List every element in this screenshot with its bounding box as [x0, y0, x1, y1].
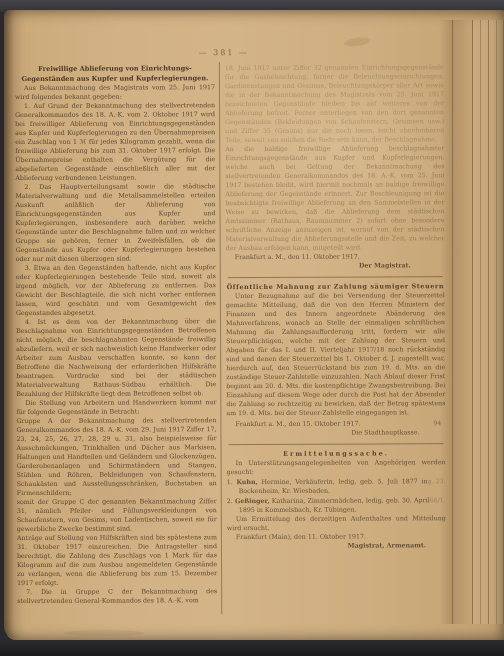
right-column: 18. Juni 1917 unter Ziffer 32 genannten …: [225, 63, 446, 551]
left-column: Freiwillige Ablieferung von Einrichtungs…: [15, 64, 217, 606]
notice-paragraph: Gruppe A der Bekanntmachung des stellver…: [16, 416, 216, 498]
gazette-page: — 381 — Freiwillige Ablieferung von Einr…: [4, 10, 504, 640]
signature-magistrat: Der Magistrat.: [226, 261, 445, 271]
page-number: — 381 —: [179, 48, 269, 57]
signature-armenamt: Magistrat, Armenamt.: [227, 541, 446, 551]
notice-body: Aus Bekanntmachung des Magistrats vom 25…: [15, 83, 217, 606]
person-record-ref: 66/1.: [430, 496, 446, 505]
notice-paragraph: somit der Gruppe C der genannten Bekannt…: [17, 497, 217, 534]
notice-continuation: 18. Juni 1917 unter Ziffer 32 genannten …: [225, 63, 445, 253]
inquiry-section: Ermittelungssache. In Unterstützungsange…: [227, 449, 446, 551]
scanned-gazette-photo: { "page": { "number": "— 381 —", "paper_…: [0, 0, 504, 656]
notice-paragraph: 4. Ist es dem von der Bekanntmachung übe…: [16, 317, 216, 399]
notice-paragraph: Die Stellung von Arbeitern und Handwerke…: [16, 398, 216, 417]
notice-paragraph: 2. Das Hauptverteilungsamt sowie die stä…: [15, 182, 215, 264]
person-number: 1.: [227, 479, 233, 486]
person-name: Geßinger,: [235, 498, 270, 505]
person-details: Hermine, Verkäuferin, ledig, geb. 5. Jul…: [239, 478, 428, 495]
notice-title: Freiwillige Ablieferung von Einrichtungs…: [15, 64, 215, 84]
section-rule: [228, 276, 443, 278]
signature-stadthauptkasse: Die Stadthauptkasse.: [226, 428, 445, 438]
section-rule: [229, 443, 444, 445]
person-name: Kuhn,: [236, 479, 257, 486]
person-number: 2.: [227, 498, 233, 505]
notice-paragraph: Aus Bekanntmachung des Magistrats vom 25…: [15, 83, 215, 102]
notice-paragraph: 1. Auf Grund der Bekanntmachung des stel…: [15, 101, 215, 183]
column-divider-rule: [219, 62, 222, 614]
inquiry-person-list: g. 23. 1. Kuhn, Hermine, Verkäuferin, le…: [227, 477, 446, 515]
notice-paragraph: Anträge auf Stellung von Hilfskräften si…: [17, 533, 217, 588]
inquiry-intro: In Unterstützungsangelegenheiten von Ang…: [227, 458, 446, 477]
dateline: Frankfurt a. M., den 15. Oktober 1917.: [226, 420, 360, 430]
reference-number: 94: [433, 419, 445, 428]
tax-section-body: Unter Bezugnahme auf die bei Versendung …: [226, 291, 446, 418]
notice-paragraph: 3. Etwa an den Gegenständen haftende, ni…: [16, 263, 216, 318]
tax-warning-section: Öffentliche Mahnung zur Zahlung säumiger…: [226, 282, 446, 438]
inquiry-person: 66/1. 2. Geßinger, Katharina, Zimmermädc…: [227, 496, 446, 515]
notice-paragraph: 18. Juni 1917 unter Ziffer 32 genannten …: [225, 63, 444, 145]
notice-paragraph: 7. Die in Gruppe C der Bekanntmachung de…: [17, 587, 217, 606]
printed-text-area: — 381 — Freiwillige Ablieferung von Einr…: [3, 9, 504, 641]
inquiry-request: Um Ermittelung des derzeitigen Aufenthal…: [227, 514, 446, 533]
notice-paragraph: An die baldige freiwillige Ablieferung b…: [225, 144, 444, 253]
inquiry-person: g. 23. 1. Kuhn, Hermine, Verkäuferin, le…: [227, 477, 446, 496]
person-record-ref: g. 23.: [428, 477, 446, 486]
